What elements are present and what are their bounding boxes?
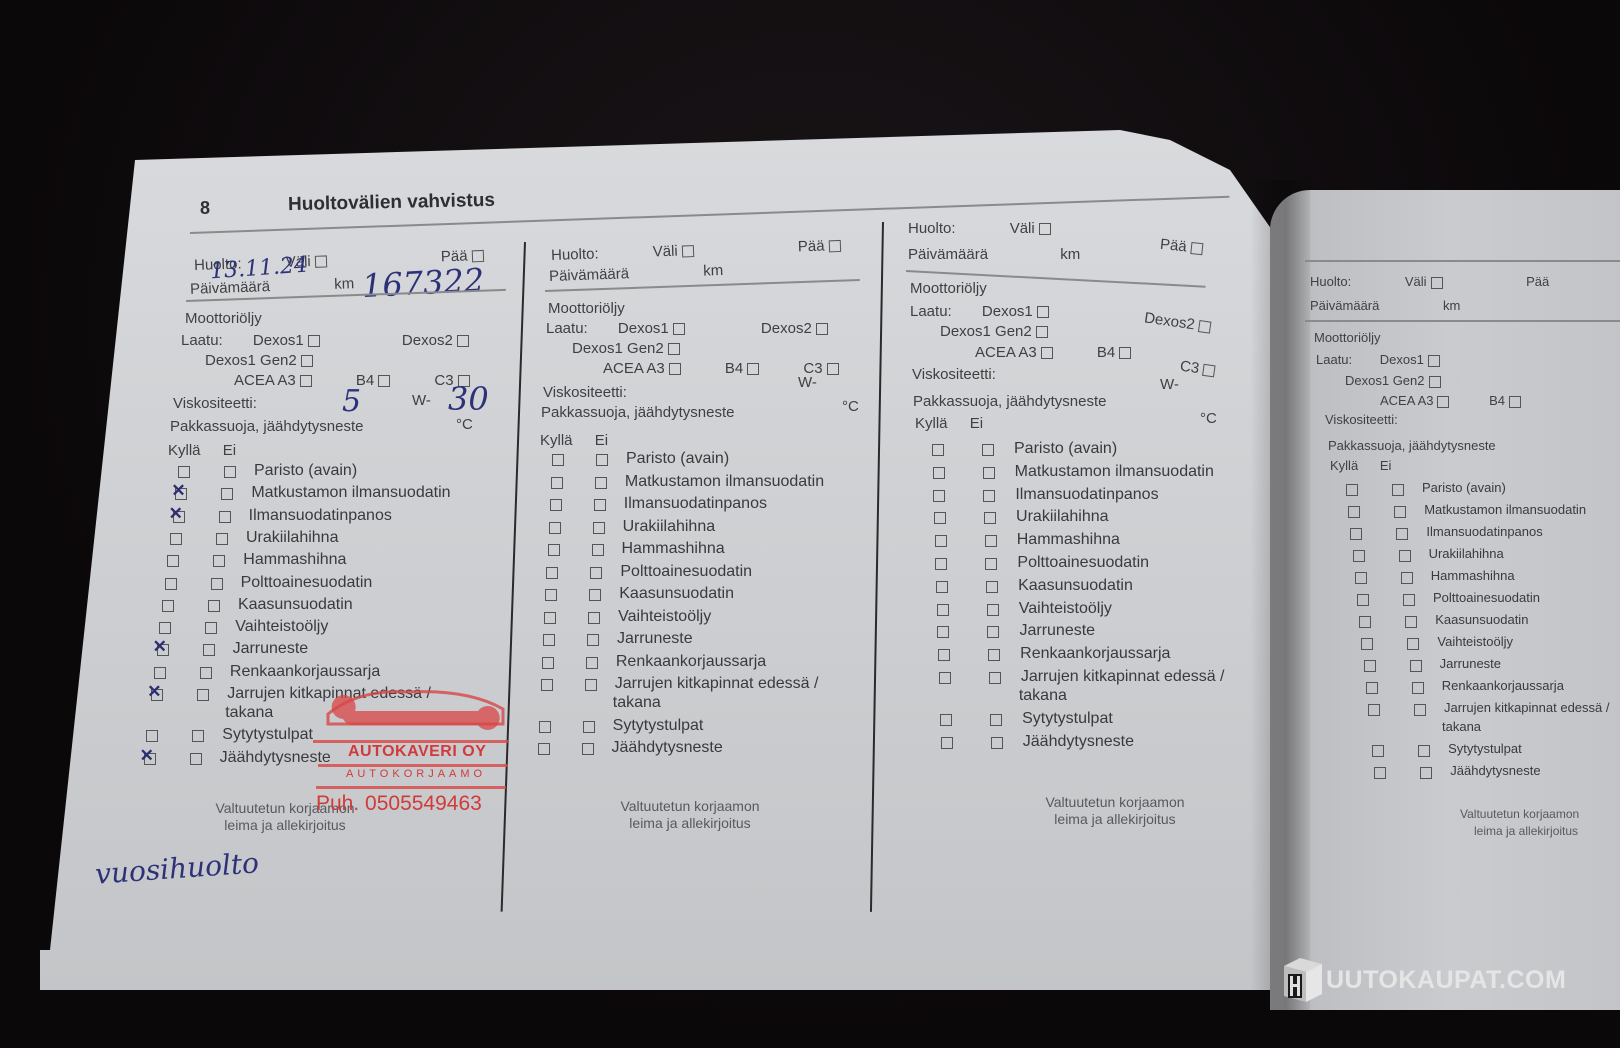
no-checkbox[interactable] [205,622,217,634]
no-checkbox[interactable] [208,600,220,612]
acea-a3-checkbox[interactable] [1041,347,1053,359]
no-checkbox[interactable] [592,544,604,556]
signature-line1: Valtuutetun korjaamon [1025,794,1205,811]
yes-checkbox[interactable] [941,737,953,749]
yes-checkbox[interactable] [1374,767,1386,779]
page-number: 8 [200,198,210,219]
checklist-item: Urakiilahihna [1016,508,1109,526]
checklist-item: Jarruneste [1440,656,1501,671]
yes-checkbox[interactable] [541,679,553,691]
acea-a3-label: ACEA A3 [975,344,1037,361]
c3-label: C3 [1179,358,1200,378]
dexos1-label: Dexos1 [618,320,669,337]
no-checkbox[interactable] [586,657,598,669]
viscosity-label: Viskositeetti: [173,395,257,412]
yes-checkbox[interactable] [167,555,179,567]
no-checkbox[interactable] [585,679,597,691]
yes-checkbox[interactable] [154,667,166,679]
checklist-item: Paristo (avain) [1422,480,1506,495]
checklist-item: Paristo (avain) [254,462,357,480]
yes-checkbox[interactable] [1359,616,1371,628]
viscosity-label: Viskositeetti: [1325,412,1398,427]
dexos1-gen2-label: Dexos1 Gen2 [572,340,664,357]
checklist-item: Urakiilahihna [1429,546,1504,561]
no-checkbox[interactable] [983,490,995,502]
signature-area: Valtuutetun korjaamon leima ja allekirjo… [600,798,780,832]
checklist-item: Kaasunsuodatin [619,585,734,603]
yes-checkbox[interactable] [936,581,948,593]
yes-checkbox[interactable] [151,689,163,701]
yes-header: Kyllä [540,432,573,449]
yes-checkbox[interactable] [940,714,952,726]
km-label: km [334,275,355,293]
yes-checkbox[interactable] [938,649,950,661]
date-label: Päivämäärä [1310,298,1379,313]
no-checkbox[interactable] [986,581,998,593]
checklist-item: Jarruneste [1019,622,1095,640]
checklist-item: Hammashihna [1017,531,1120,549]
km-label: km [1443,298,1460,313]
yes-checkbox[interactable] [162,600,174,612]
checklist-item: Renkaankorjaussarja [1442,678,1564,693]
no-checkbox[interactable] [192,730,204,742]
yes-checkbox[interactable] [1368,704,1380,716]
checklist-item: Hammashihna [622,540,725,558]
checklist-item: Vaihteistoöljy [618,608,711,626]
yes-checkbox[interactable] [933,467,945,479]
interval-checkbox[interactable] [682,245,694,257]
dexos2-label: Dexos2 [761,320,812,337]
checklist-item: Ilmansuodatinpanos [1015,486,1158,504]
signature-line2: leima ja allekirjoitus [200,817,370,834]
b4-label: B4 [725,360,743,377]
b4-checkbox[interactable] [747,363,759,375]
checklist-item: Paristo (avain) [626,450,729,468]
checklist-item: Jarruneste [617,630,693,648]
interval-label: Väli [652,243,678,261]
antifreeze-label: Pakkassuoja, jäähdytysneste [541,404,734,421]
dexos2-checkbox[interactable] [1198,320,1212,334]
dexos1-gen2-checkbox[interactable] [1036,326,1048,338]
yes-checkbox[interactable] [937,604,949,616]
checklist-item: Renkaankorjaussarja [616,653,766,671]
dexos1-checkbox[interactable] [1428,355,1440,367]
checklist-item: Sytytystulpat [222,726,313,744]
no-checkbox[interactable] [595,477,607,489]
yes-checkbox[interactable] [175,488,187,500]
no-checkbox[interactable] [982,444,994,456]
dexos1-checkbox[interactable] [308,335,320,347]
checklist-item: Sytytystulpat [1448,741,1522,756]
yes-checkbox[interactable] [1348,506,1360,518]
service-label: Huolto: [551,245,599,264]
interval-checkbox[interactable] [1039,223,1051,235]
checklist-item: Jäähdytysneste [1023,733,1134,751]
engine-oil-label: Moottoriöljy [910,280,987,297]
no-checkbox[interactable] [1418,745,1430,757]
yes-checkbox[interactable] [1372,745,1384,757]
dexos1-label: Dexos1 [982,303,1033,320]
checklist-item: Polttoainesuodatin [241,574,373,592]
checklist-item-continuation: takana [1442,719,1481,734]
dexos1-checkbox[interactable] [1037,306,1049,318]
yes-checkbox[interactable] [551,477,563,489]
checklist-item: Ilmansuodatinpanos [1426,524,1542,539]
signature-area: Valtuutetun korjaamon leima ja allekirjo… [1460,806,1620,840]
yes-checkbox[interactable] [1361,638,1373,650]
page-gutter [1250,180,1310,1010]
yes-checkbox[interactable] [544,612,556,624]
dexos1-gen2-checkbox[interactable] [668,343,680,355]
yes-checkbox[interactable] [546,567,558,579]
checklist-item: Vaihteistoöljy [1019,600,1112,618]
yes-checkbox[interactable] [173,511,185,523]
yes-checkbox[interactable] [1364,660,1376,672]
yes-checkbox[interactable] [157,644,169,656]
rule [1305,260,1620,262]
dexos2-checkbox[interactable] [457,335,469,347]
yes-checkbox[interactable] [934,512,946,524]
engine-oil-label: Moottoriöljy [1314,330,1380,345]
celsius-label: °C [1200,410,1217,427]
no-checkbox[interactable] [990,714,1002,726]
no-checkbox[interactable] [1399,550,1411,562]
quality-label: Laatu: [546,320,588,337]
b4-label: B4 [1097,344,1115,361]
no-checkbox[interactable] [583,721,595,733]
interval-checkbox[interactable] [1431,277,1443,289]
no-checkbox[interactable] [200,667,212,679]
yes-checkbox[interactable] [543,634,555,646]
no-checkbox[interactable] [593,522,605,534]
antifreeze-label: Pakkassuoja, jäähdytysneste [1328,438,1496,453]
signature-line1: Valtuutetun korjaamon [600,798,780,815]
dexos1-label: Dexos1 [253,332,304,349]
checklist-item: Ilmansuodatinpanos [249,507,392,525]
no-header: Ei [970,415,983,432]
no-checkbox[interactable] [1405,616,1417,628]
main-checkbox[interactable] [1190,242,1203,255]
yes-checkbox[interactable] [146,730,158,742]
yes-checkbox[interactable] [937,626,949,638]
no-checkbox[interactable] [991,737,1003,749]
checklist-item: Sytytystulpat [613,717,704,735]
no-checkbox[interactable] [211,578,223,590]
checklist-item: Jäähdytysneste [1450,763,1540,778]
quality-label: Laatu: [1316,352,1352,367]
no-checkbox[interactable] [987,626,999,638]
yes-checkbox[interactable] [935,558,947,570]
antifreeze-label: Pakkassuoja, jäähdytysneste [913,393,1106,410]
checklist-item: Renkaankorjaussarja [1020,645,1170,663]
no-checkbox[interactable] [1420,767,1432,779]
yes-checkbox[interactable] [1355,572,1367,584]
dexos2-checkbox[interactable] [816,323,828,335]
dexos1-label: Dexos1 [1380,352,1424,367]
dexos1-gen2-label: Dexos1 Gen2 [205,352,297,369]
b4-checkbox[interactable] [1509,396,1521,408]
checklist-item-continuation: takana [225,704,273,722]
checklist-item: Kaasunsuodatin [1018,577,1133,595]
checklist-item: Sytytystulpat [1022,710,1113,728]
interval-checkbox[interactable] [315,255,327,267]
km-label: km [703,262,724,280]
checklist-item-continuation: takana [613,694,661,712]
antifreeze-label: Pakkassuoja, jäähdytysneste [170,418,363,435]
yes-header: Kyllä [168,442,201,459]
checklist-item: Matkustamon ilmansuodatin [1015,463,1214,481]
no-header: Ei [595,432,608,449]
quality-label: Laatu: [910,303,952,320]
page-title: Huoltovälien vahvistus [288,190,495,216]
dexos1-gen2-label: Dexos1 Gen2 [1345,373,1425,388]
interval-label: Väli [1010,220,1035,237]
signature-area: Valtuutetun korjaamon leima ja allekirjo… [1025,794,1205,828]
engine-oil-label: Moottoriöljy [548,300,625,317]
yes-checkbox[interactable] [932,444,944,456]
acea-a3-checkbox[interactable] [300,375,312,387]
viscosity-label: Viskositeetti: [543,384,627,401]
dexos1-checkbox[interactable] [673,323,685,335]
dexos1-gen2-checkbox[interactable] [301,355,313,367]
viscosity-label: Viskositeetti: [912,366,996,383]
celsius-label: °C [842,398,859,415]
checklist-item: Urakiilahihna [246,529,339,547]
no-checkbox[interactable] [590,567,602,579]
checklist-item: Kaasunsuodatin [1435,612,1528,627]
checklist-item: Polttoainesuodatin [620,563,752,581]
checklist-item: Vaihteistoöljy [235,618,328,636]
yes-checkbox[interactable] [933,490,945,502]
no-checkbox[interactable] [203,644,215,656]
no-checkbox[interactable] [594,499,606,511]
w-label: W- [798,374,817,391]
yes-checkbox[interactable] [144,753,156,765]
watermark-text: UUTOKAUPAT.COM [1326,966,1566,995]
yes-checkbox[interactable] [545,589,557,601]
yes-checkbox[interactable] [539,721,551,733]
b4-checkbox[interactable] [378,375,390,387]
acea-a3-label: ACEA A3 [1380,393,1433,408]
no-checkbox[interactable] [213,555,225,567]
acea-a3-checkbox[interactable] [669,363,681,375]
no-checkbox[interactable] [596,454,608,466]
checklist-item: Jäähdytysneste [220,749,331,767]
acea-a3-label: ACEA A3 [603,360,665,377]
acea-a3-label: ACEA A3 [234,372,296,389]
yes-checkbox[interactable] [1353,550,1365,562]
checklist-item: Jarruneste [233,640,309,658]
no-checkbox[interactable] [1414,704,1426,716]
workshop-stamp: AUTOKAVERI OY AUTOKORJAAMO Puh. 05055494… [318,688,508,818]
yes-checkbox[interactable] [178,466,190,478]
b4-checkbox[interactable] [1119,347,1131,359]
yes-checkbox[interactable] [159,622,171,634]
no-checkbox[interactable] [1396,528,1408,540]
no-checkbox[interactable] [1392,484,1404,496]
acea-a3-checkbox[interactable] [1437,396,1449,408]
rule [1305,320,1620,322]
yes-header: Kyllä [915,415,948,432]
no-checkbox[interactable] [588,612,600,624]
checklist-item: Vaihteistoöljy [1437,634,1513,649]
yes-checkbox[interactable] [538,743,550,755]
stamp-subtitle: AUTOKORJAAMO [346,768,486,780]
checklist-item: Hammashihna [243,551,346,569]
checklist-item: Matkustamon ilmansuodatin [1424,502,1586,517]
checklist-item: Urakiilahihna [623,518,716,536]
engine-oil-label: Moottoriöljy [185,310,262,327]
no-checkbox[interactable] [219,511,231,523]
viscosity-low-handwritten: 5 [342,384,361,419]
celsius-label: °C [456,416,473,433]
checklist-item: Jarrujen kitkapinnat edessä / [615,675,819,693]
no-checkbox[interactable] [985,535,997,547]
no-checkbox[interactable] [983,467,995,479]
yes-checkbox[interactable] [548,544,560,556]
km-handwritten: 167322 [361,261,485,305]
checklist-item: Jarrujen kitkapinnat edessä / [1444,700,1609,715]
yes-checkbox[interactable] [170,533,182,545]
service-label: Huolto: [908,220,956,237]
viscosity-high-handwritten: 30 [448,380,489,418]
no-checkbox[interactable] [987,604,999,616]
no-checkbox[interactable] [224,466,236,478]
checklist-item: Hammashihna [1431,568,1515,583]
no-header: Ei [223,442,236,459]
stamp-company: AUTOKAVERI OY [348,743,486,761]
main-checkbox[interactable] [828,240,840,252]
signature-line2: leima ja allekirjoitus [1025,811,1205,828]
cube-logo-icon [1282,956,1324,1004]
yes-checkbox[interactable] [935,535,947,547]
main-label: Pää [1526,274,1549,289]
yes-checkbox[interactable] [1346,484,1358,496]
date-label: Päivämäärä [549,265,630,285]
yes-checkbox[interactable] [550,499,562,511]
no-checkbox[interactable] [988,649,1000,661]
no-checkbox[interactable] [589,589,601,601]
checklist-item: Renkaankorjaussarja [230,663,380,681]
no-checkbox[interactable] [1410,660,1422,672]
no-checkbox[interactable] [989,672,1001,684]
km-label: km [1060,246,1080,263]
yes-checkbox[interactable] [165,578,177,590]
no-checkbox[interactable] [1401,572,1413,584]
dexos1-gen2-label: Dexos1 Gen2 [940,323,1032,340]
signature-line2: leima ja allekirjoitus [600,815,780,832]
service-label: Huolto: [1310,274,1351,289]
date-label: Päivämäärä [908,246,988,263]
no-checkbox[interactable] [197,689,209,701]
no-checkbox[interactable] [1407,638,1419,650]
no-checkbox[interactable] [221,488,233,500]
huutokaupat-logo: UUTOKAUPAT.COM [1282,956,1566,1004]
no-checkbox[interactable] [216,533,228,545]
no-checkbox[interactable] [1412,682,1424,694]
no-checkbox[interactable] [1403,594,1415,606]
w-label: W- [412,392,431,409]
no-header: Ei [1380,458,1392,473]
checklist-item: Ilmansuodatinpanos [624,495,767,513]
w-label: W- [1160,376,1179,393]
yes-checkbox[interactable] [1366,682,1378,694]
signature-line2: leima ja allekirjoitus [1474,823,1620,840]
checklist-item: Jäähdytysneste [612,739,723,757]
yes-checkbox[interactable] [939,672,951,684]
quality-label: Laatu: [181,332,223,349]
main-label: Pää [798,238,825,256]
no-checkbox[interactable] [1394,506,1406,518]
yes-checkbox[interactable] [552,454,564,466]
yes-checkbox[interactable] [1350,528,1362,540]
checklist-item: Jarrujen kitkapinnat edessä / [1021,668,1225,686]
b4-label: B4 [1489,393,1505,408]
checklist-item: Polttoainesuodatin [1433,590,1540,605]
interval-label: Väli [1405,274,1427,289]
checklist-item: Matkustamon ilmansuodatin [625,473,824,491]
no-checkbox[interactable] [984,512,996,524]
no-checkbox[interactable] [587,634,599,646]
c3-checkbox[interactable] [827,363,839,375]
yes-checkbox[interactable] [542,657,554,669]
yes-checkbox[interactable] [549,522,561,534]
yes-header: Kyllä [1330,458,1358,473]
dexos2-label: Dexos2 [402,332,453,349]
dexos1-gen2-checkbox[interactable] [1429,376,1441,388]
stamp-phone: Puh. 0505549463 [316,792,482,816]
signature-line1: Valtuutetun korjaamon [1460,806,1620,823]
no-checkbox[interactable] [190,753,202,765]
checklist-item-continuation: takana [1019,687,1067,705]
checklist-item: Polttoainesuodatin [1017,554,1149,572]
checklist-item: Matkustamon ilmansuodatin [251,484,450,502]
main-label: Pää [1159,236,1187,256]
checklist-item: Kaasunsuodatin [238,596,353,614]
no-checkbox[interactable] [582,743,594,755]
c3-checkbox[interactable] [1202,364,1216,378]
checklist-item: Paristo (avain) [1014,440,1117,458]
wrench-car-icon [318,684,508,744]
yes-checkbox[interactable] [1357,594,1369,606]
no-checkbox[interactable] [985,558,997,570]
